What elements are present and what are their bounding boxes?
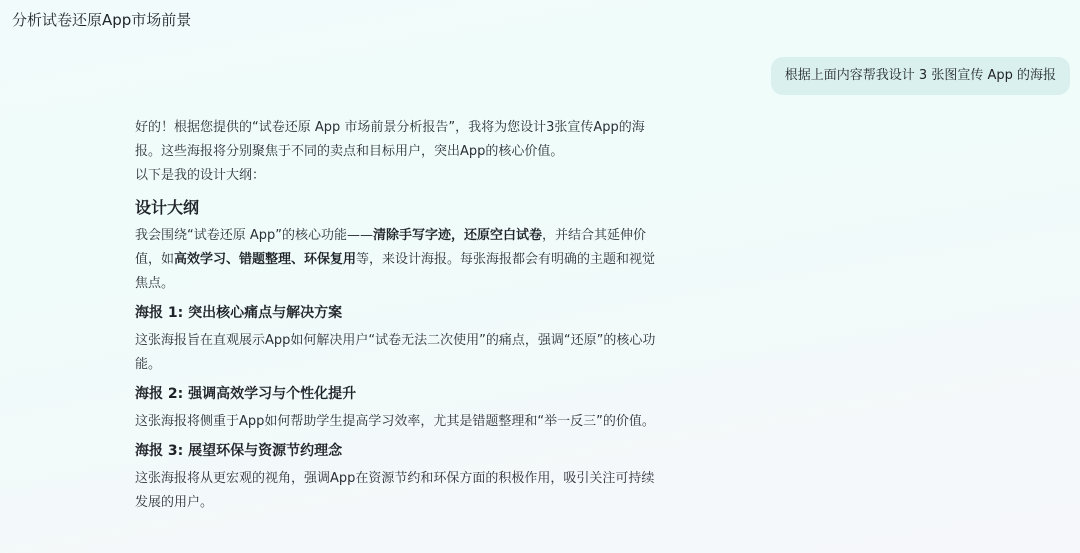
outline-intro: 以下是我的设计大纲： — [135, 164, 660, 188]
poster-1-description: 这张海报旨在直观展示App如何解决用户“试卷无法二次使用”的痛点，强调“还原”的… — [135, 329, 660, 377]
outline-heading: 设计大纲 — [135, 196, 660, 220]
outline-bold-text: 高效学习、错题整理、环保复用 — [174, 252, 356, 267]
user-message-row: 根据上面内容帮我设计 3 张图宣传 App 的海报 — [771, 57, 1070, 95]
outline-body: 我会围绕“试卷还原 App”的核心功能——清除手写字迹，还原空白试卷，并结合其延… — [135, 224, 660, 296]
poster-1-heading: 海报 1: 突出核心痛点与解决方案 — [135, 302, 660, 324]
intro-paragraph: 好的！根据您提供的“试卷还原 App 市场前景分析报告”，我将为您设计3张宣传A… — [135, 116, 660, 164]
poster-3-description: 这张海报将从更宏观的视角，强调App在资源节约和环保方面的积极作用，吸引关注可持… — [135, 467, 660, 515]
poster-3-heading: 海报 3: 展望环保与资源节约理念 — [135, 440, 660, 462]
assistant-message: 好的！根据您提供的“试卷还原 App 市场前景分析报告”，我将为您设计3张宣传A… — [135, 116, 660, 515]
poster-2-description: 这张海报将侧重于App如何帮助学生提高学习效率，尤其是错题整理和“举一反三”的价… — [135, 410, 660, 434]
user-message-bubble: 根据上面内容帮我设计 3 张图宣传 App 的海报 — [771, 57, 1070, 95]
outline-bold-text: 清除手写字迹，还原空白试卷 — [373, 228, 542, 243]
outline-text: 我会围绕“试卷还原 App”的核心功能—— — [135, 228, 373, 243]
conversation-title: 分析试卷还原App市场前景 — [12, 9, 191, 31]
poster-2-heading: 海报 2: 强调高效学习与个性化提升 — [135, 383, 660, 405]
